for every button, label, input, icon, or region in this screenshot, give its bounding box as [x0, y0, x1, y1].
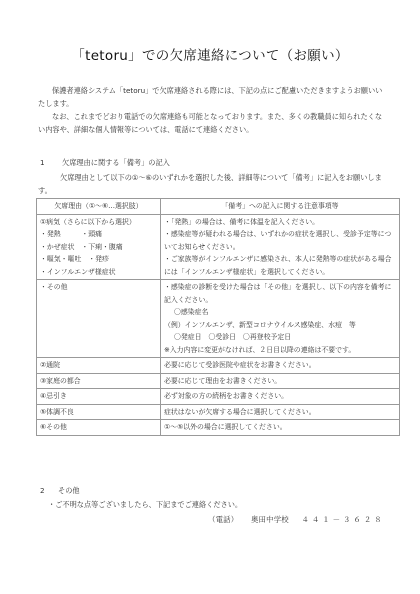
table-row-family: ③家庭の都合 必要に応じて理由をお書きください。 — [37, 373, 400, 389]
reason-cell: ⑥その他 — [37, 420, 161, 436]
note-line: ・感染症の診断を受けた場合は「その他」を選択し、以下の内容を備考に記入ください。 — [164, 281, 396, 306]
note-line: ・ご家族等がインフルエンザに感染され、本人に発熱等の症状がある場合には「インフル… — [164, 253, 396, 278]
reason-line: ・発熱 ・頭痛 — [40, 228, 157, 241]
note-line: ・感染症等が疑われる場合は、いずれかの症状を選択し、受診予定等についてお知らせく… — [164, 228, 396, 253]
note-line: 〇発症日 〇受診日 〇再登校予定日 — [164, 331, 396, 344]
table-row-illness: ①病気（さらに以下から選択） ・発熱 ・頭痛 ・かぜ症状 ・下痢・腹痛 ・嘔気・… — [37, 214, 400, 280]
section-1-description: 欠席理由として以下の①～⑥のいずれかを選択した後、詳細等について「備考」に記入を… — [38, 171, 384, 197]
table-row-unwell: ⑤体調不良 症状はないが欠席する場合に選択してください。 — [37, 404, 400, 420]
section-2-title: その他 — [58, 486, 80, 495]
reason-cell: ①病気（さらに以下から選択） ・発熱 ・頭痛 ・かぜ症状 ・下痢・腹痛 ・嘔気・… — [37, 214, 161, 280]
section-1-heading: 1欠席理由に関する「備考」の記入 — [40, 158, 170, 168]
note-cell: 必要に応じて理由をお書きください。 — [161, 373, 400, 389]
section-2-heading: 2その他 — [40, 486, 80, 496]
table-header-row: 欠席理由（①～⑥…選択肢） 「備考」への記入に関する注意事項等 — [37, 199, 400, 215]
section-2-number: 2 — [40, 486, 58, 495]
section-2-description: ・ご不明な点等ございましたら、下記までご連絡ください。 — [48, 500, 242, 510]
note-cell: 症状はないが欠席する場合に選択してください。 — [161, 404, 400, 420]
reason-line: ・インフルエンザ様症状 — [40, 266, 157, 279]
header-note: 「備考」への記入に関する注意事項等 — [161, 199, 400, 215]
note-line: 〇感染症名 — [164, 306, 396, 319]
document-title: 「tetoru」での欠席連絡について（お願い） — [0, 44, 420, 64]
note-cell: ①～⑤以外の場合に選択してください。 — [161, 420, 400, 436]
note-cell: 必要に応じて受診医院や症状をお書きください。 — [161, 358, 400, 374]
reason-line: ①病気（さらに以下から選択） — [40, 216, 157, 229]
intro-paragraph-2: なお、これまでどおり電話での欠席連絡も可能となっております。また、多くの教職員に… — [38, 110, 384, 136]
reason-cell: ④忌引き — [37, 389, 161, 405]
section-1-number: 1 — [40, 158, 62, 167]
school-name: 奥田中学校 — [251, 515, 289, 524]
reason-line: ・その他 — [40, 281, 157, 294]
intro-paragraph-1: 保護者連絡システム「tetoru」で欠席連絡される際には、下記の点にご配慮いただ… — [38, 84, 384, 110]
table-row-other-illness: ・その他 ・感染症の診断を受けた場合は「その他」を選択し、以下の内容を備考に記入… — [37, 280, 400, 358]
table-row-hospital: ②通院 必要に応じて受診医院や症状をお書きください。 — [37, 358, 400, 374]
note-line: ※入力内容に変更がなければ、２日目以降の連絡は不要です。 — [164, 344, 396, 357]
reason-cell: ⑤体調不良 — [37, 404, 161, 420]
header-reason: 欠席理由（①～⑥…選択肢） — [37, 199, 161, 215]
table-row-other: ⑥その他 ①～⑤以外の場合に選択してください。 — [37, 420, 400, 436]
reason-cell: ②通院 — [37, 358, 161, 374]
table-row-bereavement: ④忌引き 必ず対象の方の続柄をお書きください。 — [37, 389, 400, 405]
contact-info: （電話） 奥田中学校 ４４１－３６２８ — [208, 514, 395, 525]
note-cell: 必ず対象の方の続柄をお書きください。 — [161, 389, 400, 405]
phone-number: ４４１－３６２８ — [301, 515, 384, 524]
note-cell: ・「発熱」の場合は、備考に体温を記入ください。 ・感染症等が疑われる場合は、いず… — [161, 214, 400, 280]
reason-cell: ③家庭の都合 — [37, 373, 161, 389]
reason-line: ・かぜ症状 ・下痢・腹痛 — [40, 241, 157, 254]
note-cell: ・感染症の診断を受けた場合は「その他」を選択し、以下の内容を備考に記入ください。… — [161, 280, 400, 358]
note-line: （例）インフルエンザ、新型コロナウイルス感染症、水痘 等 — [164, 319, 396, 332]
absence-reason-table: 欠席理由（①～⑥…選択肢） 「備考」への記入に関する注意事項等 ①病気（さらに以… — [36, 198, 400, 436]
section-1-title: 欠席理由に関する「備考」の記入 — [62, 158, 170, 167]
reason-line: ・嘔気・嘔吐 ・発疹 — [40, 253, 157, 266]
note-line: ・「発熱」の場合は、備考に体温を記入ください。 — [164, 216, 396, 229]
contact-label: （電話） — [208, 515, 238, 524]
reason-cell: ・その他 — [37, 280, 161, 358]
